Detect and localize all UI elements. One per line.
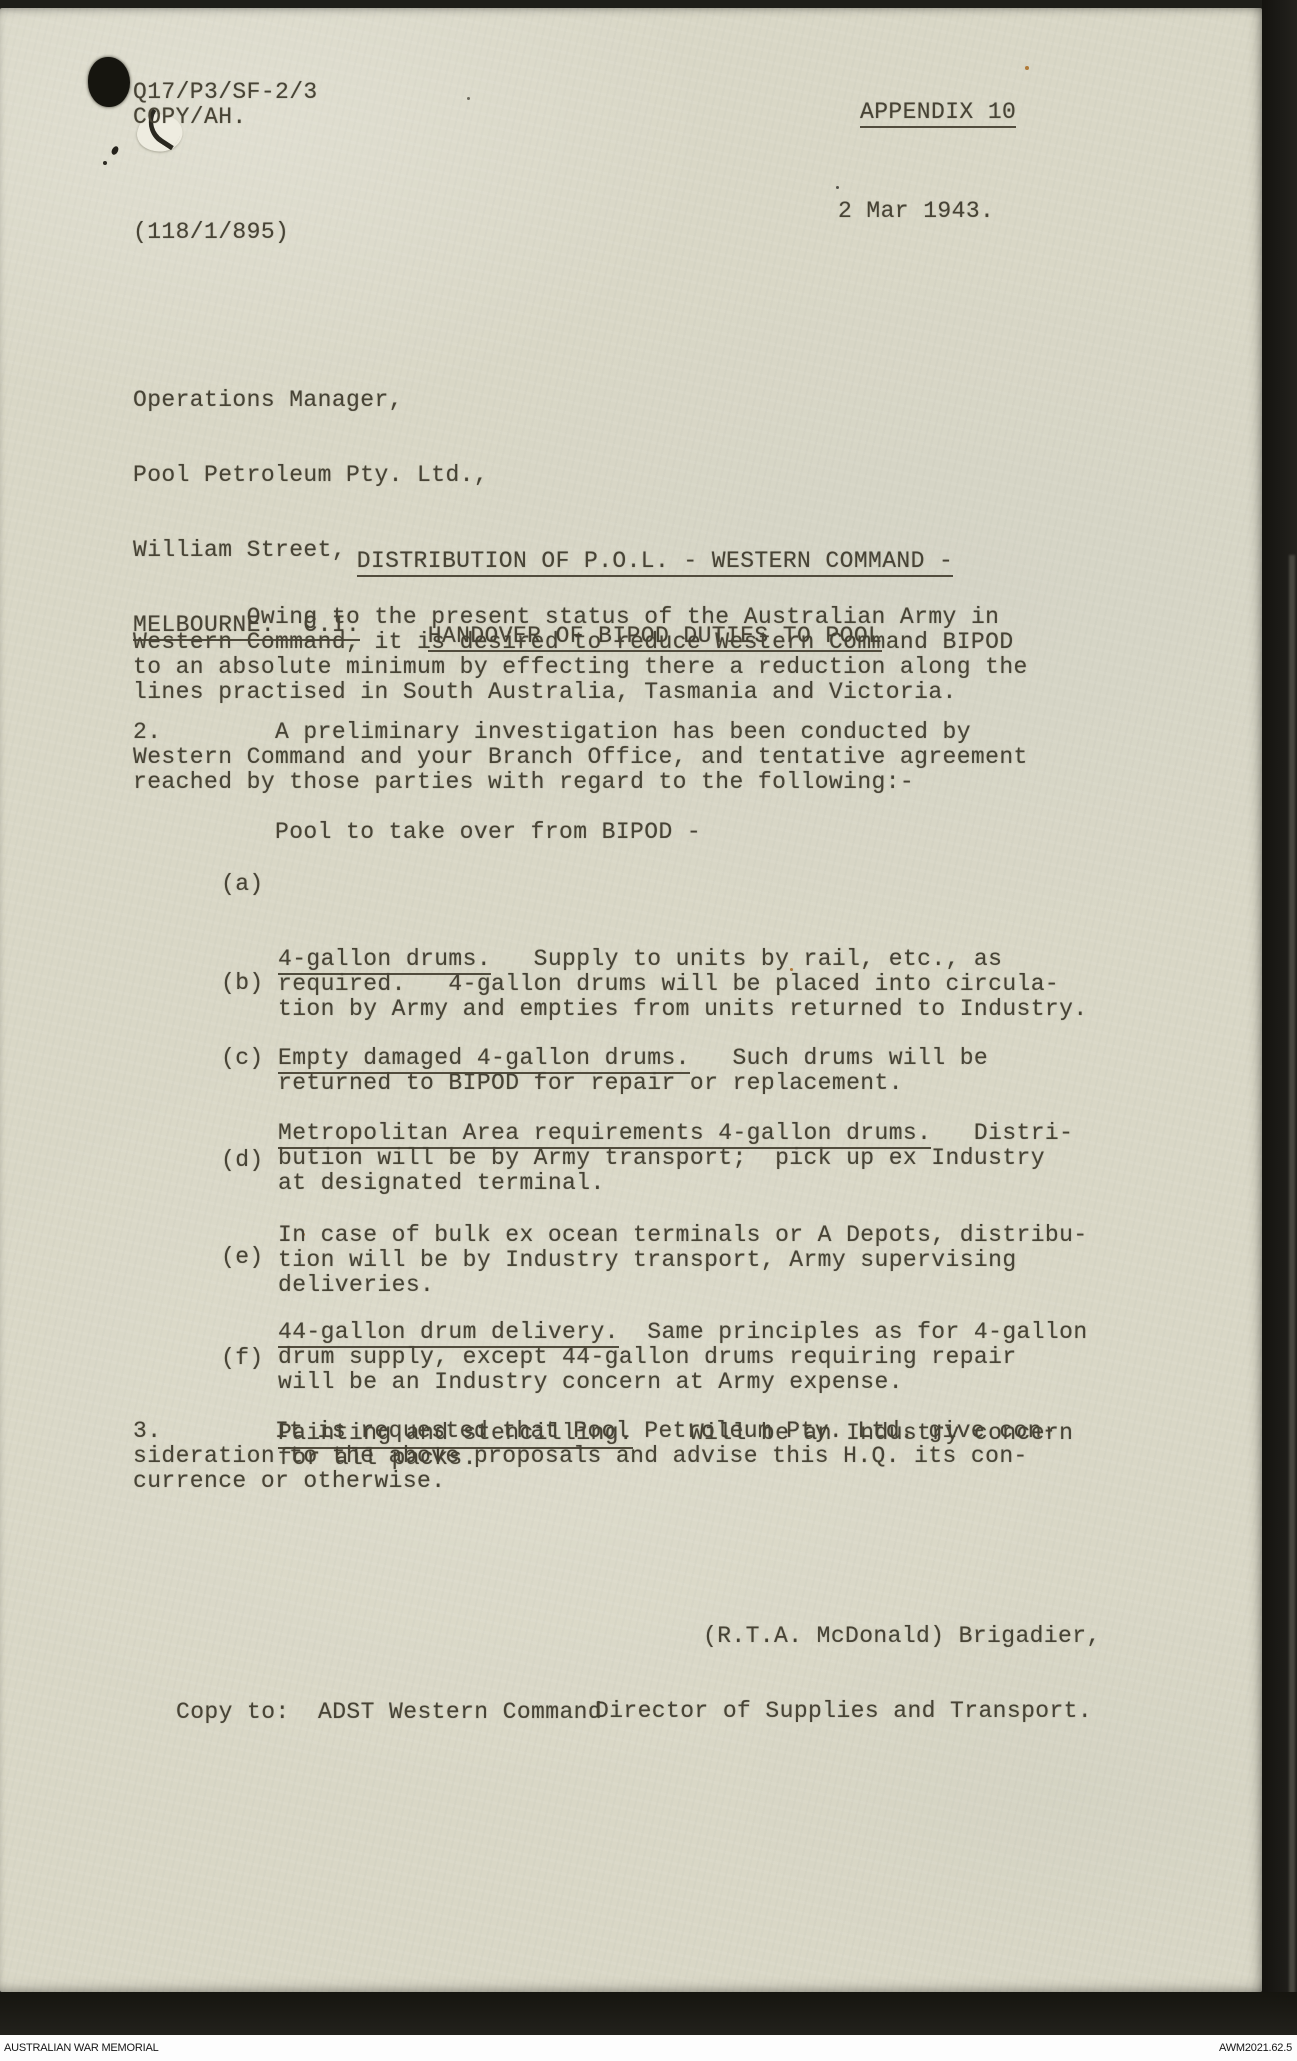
recipient-line: Pool Petroleum Pty. Ltd., (133, 463, 733, 488)
appendix-heading: APPENDIX 10 (860, 100, 1016, 125)
list-item-label: (a) (221, 872, 264, 897)
signature-block: (R.T.A. McDonald) Brigadier, Director of… (595, 1574, 1155, 1774)
copy-marking: COPY/AH. (133, 105, 247, 130)
paragraph-1: Owing to the present status of the Austr… (133, 605, 1193, 705)
list-item-label: (b) (221, 971, 264, 996)
list-intro: Pool to take over from BIPOD - (275, 820, 701, 845)
scan-background-bottom (0, 1992, 1297, 2035)
signature-name: (R.T.A. McDonald) Brigadier, (703, 1624, 1155, 1649)
paper-speck (467, 97, 470, 100)
list-item-label: (e) (221, 1245, 264, 1270)
list-item-label: (c) (221, 1046, 264, 1071)
copy-to-note: Copy to: ADST Western Command (176, 1700, 602, 1725)
archive-bar-institution: AUSTRALIAN WAR MEMORIAL (4, 2042, 159, 2054)
paragraph-2: 2. A preliminary investigation has been … (133, 720, 1193, 795)
list-item-label: (f) (221, 1346, 264, 1371)
archive-bar-id: AWM2021.62.5 (1219, 2042, 1292, 2054)
scanned-document-page: Q17/P3/SF-2/3 COPY/AH. APPENDIX 10 2 Mar… (0, 0, 1297, 2061)
list-item-label: (d) (221, 1148, 264, 1173)
file-number: (118/1/895) (133, 220, 289, 245)
appendix-heading-text: APPENDIX 10 (860, 99, 1016, 128)
signature-role: Director of Supplies and Transport. (595, 1699, 1155, 1724)
document-date: 2 Mar 1943. (838, 199, 994, 224)
punch-hole (88, 57, 130, 107)
paper-speck (836, 186, 839, 189)
recipient-line: Operations Manager, (133, 388, 733, 413)
reference-number: Q17/P3/SF-2/3 (133, 80, 318, 105)
document-title-line1: DISTRIBUTION OF P.O.L. - WESTERN COMMAND… (357, 548, 954, 577)
paragraph-3: 3. It is requested that Pool Petroleum P… (133, 1419, 1193, 1494)
archive-bar: AUSTRALIAN WAR MEMORIAL AWM2021.62.5 (0, 2035, 1297, 2061)
scan-edge-highlight (1289, 555, 1295, 2035)
paper-speck (1025, 66, 1029, 70)
paper-speck (103, 161, 107, 165)
